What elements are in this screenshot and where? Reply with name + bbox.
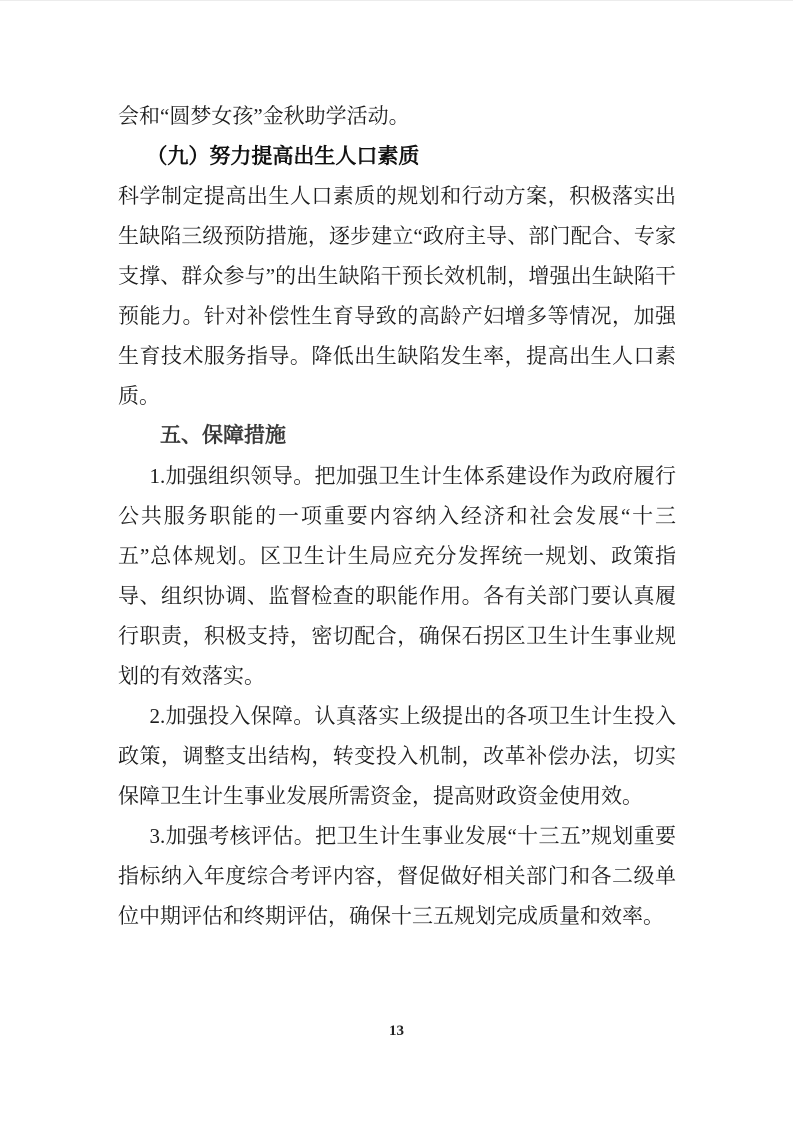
page-number: 13 bbox=[0, 1023, 793, 1040]
paragraph-continuation: 会和“圆梦女孩”金秋助学活动。 bbox=[118, 96, 676, 136]
paragraph-item-2: 2.加强投入保障。认真落实上级提出的各项卫生计生投入政策，调整支出结构，转变投入… bbox=[118, 696, 676, 816]
sub-heading-nine: （九）努力提高出生人口素质 bbox=[118, 136, 676, 176]
section-heading-safeguards: 五、保障措施 bbox=[118, 416, 676, 456]
paragraph-birth-quality: 科学制定提高出生人口素质的规划和行动方案，积极落实出生缺陷三级预防措施，逐步建立… bbox=[118, 176, 676, 416]
paragraph-item-1: 1.加强组织领导。把加强卫生计生体系建设作为政府履行公共服务职能的一项重要内容纳… bbox=[118, 456, 676, 696]
document-body: 会和“圆梦女孩”金秋助学活动。 （九）努力提高出生人口素质 科学制定提高出生人口… bbox=[118, 96, 676, 936]
document-page: 会和“圆梦女孩”金秋助学活动。 （九）努力提高出生人口素质 科学制定提高出生人口… bbox=[0, 0, 793, 1123]
paragraph-item-3: 3.加强考核评估。把卫生计生事业发展“十三五”规划重要指标纳入年度综合考评内容，… bbox=[118, 816, 676, 936]
